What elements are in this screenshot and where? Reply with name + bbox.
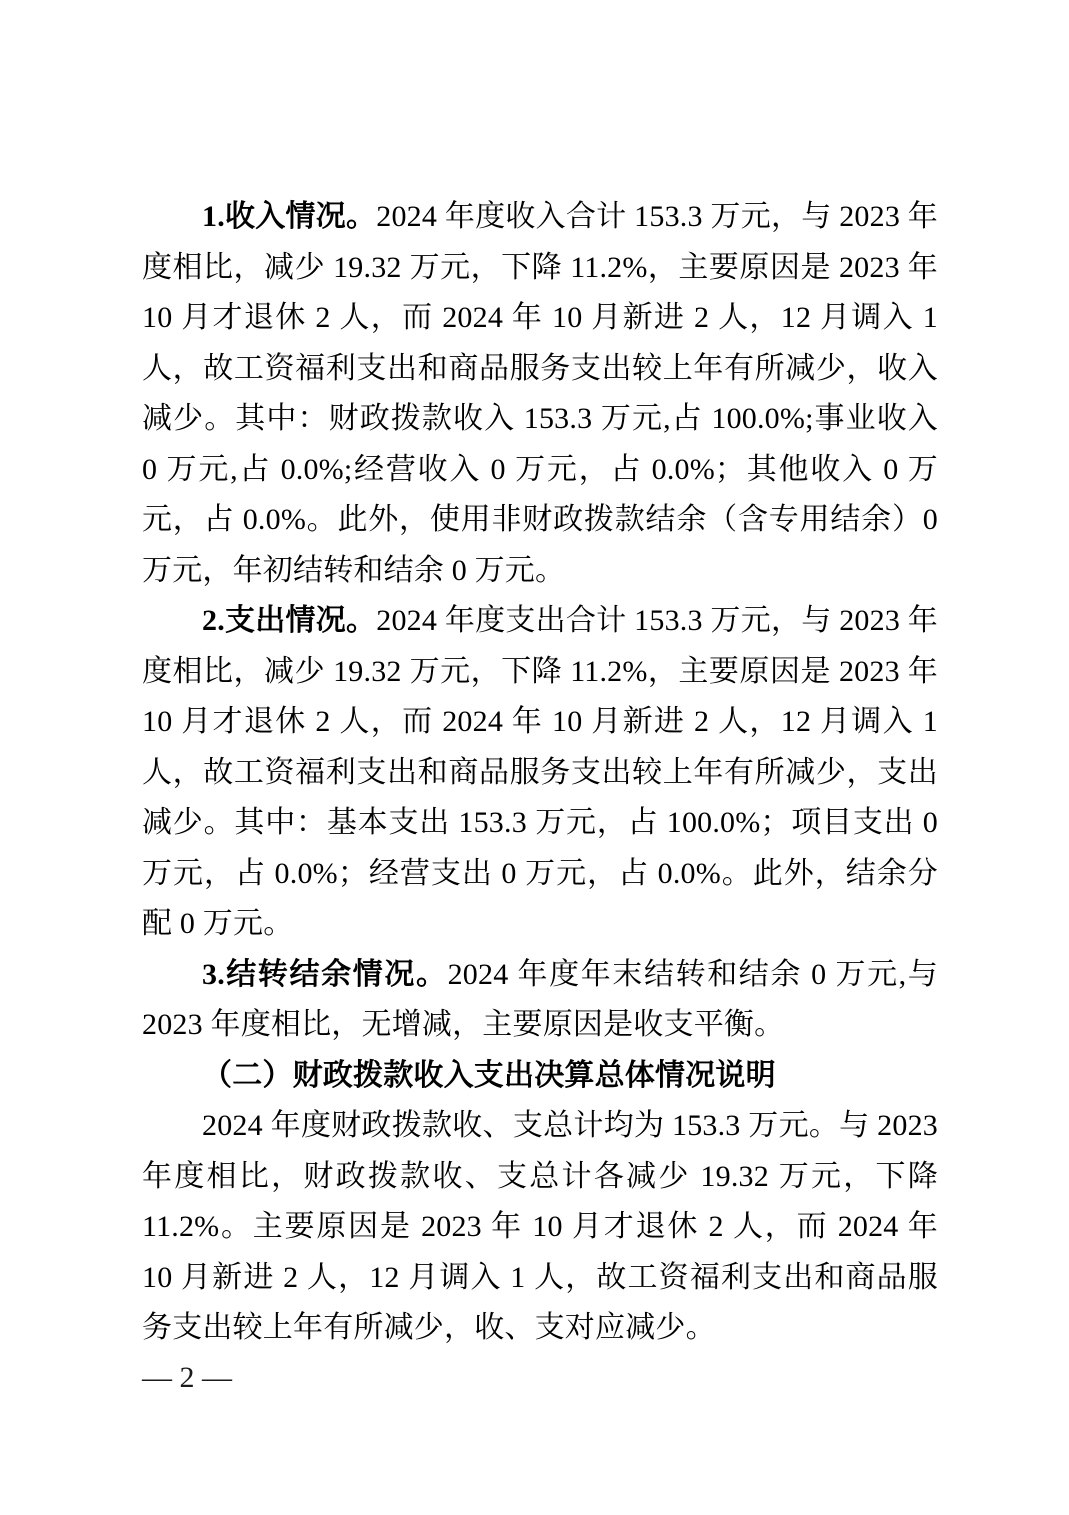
paragraph-fiscal-appropriation: 2024 年度财政拨款收、支总计均为 153.3 万元。与 2023 年度相比，… <box>142 1101 938 1354</box>
paragraph-carryover-heading: 3.结转结余情况。 <box>202 958 448 991</box>
paragraph-income-heading: 1.收入情况。 <box>202 200 376 233</box>
paragraph-expenditure: 2.支出情况。2024 年度支出合计 153.3 万元，与 2023 年度相比，… <box>142 596 938 950</box>
paragraph-carryover: 3.结转结余情况。2024 年度年末结转和结余 0 万元,与 2023 年度相比… <box>142 950 938 1051</box>
page-number: — 2 — <box>142 1356 232 1400</box>
paragraph-expenditure-text: 2024 年度支出合计 153.3 万元，与 2023 年度相比，减少 19.3… <box>142 604 938 940</box>
document-body: 1.收入情况。2024 年度收入合计 153.3 万元，与 2023 年度相比，… <box>142 192 938 1354</box>
paragraph-expenditure-heading: 2.支出情况。 <box>202 604 376 637</box>
paragraph-income-text: 2024 年度收入合计 153.3 万元，与 2023 年度相比，减少 19.3… <box>142 200 938 587</box>
document-page: 1.收入情况。2024 年度收入合计 153.3 万元，与 2023 年度相比，… <box>0 0 1069 1515</box>
paragraph-income: 1.收入情况。2024 年度收入合计 153.3 万元，与 2023 年度相比，… <box>142 192 938 596</box>
subsection-heading-fiscal-appropriation: （二）财政拨款收入支出决算总体情况说明 <box>142 1051 938 1102</box>
